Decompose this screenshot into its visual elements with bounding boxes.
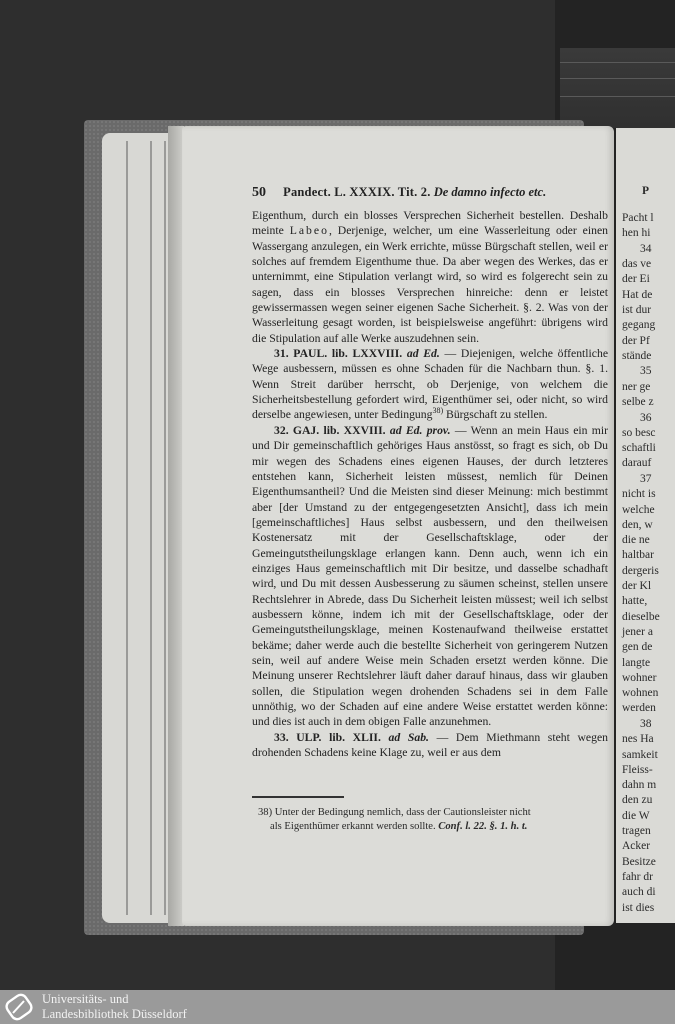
footnote-text: 38) Unter der Bedingung nemlich, dass de…	[258, 806, 608, 820]
facing-page-line: fahr dr	[622, 871, 653, 883]
facing-page-line: darauf	[622, 457, 651, 469]
section-reference: ad Ed.	[407, 347, 440, 360]
running-header: 50 Pandect. L. XXXIX. Tit. 2. De damno i…	[252, 185, 612, 201]
facing-page-line: wohnen	[622, 687, 658, 699]
facing-page-line: 36	[640, 412, 652, 424]
paragraph-continuation: Eigenthum, durch ein blosses Versprechen…	[252, 208, 608, 346]
facing-page-line: Acker	[622, 840, 650, 852]
footnote-38: 38) Unter der Bedingung nemlich, dass de…	[258, 806, 608, 834]
section-32: 32. GAJ. lib. XXVIII. ad Ed. prov. — Wen…	[252, 423, 608, 730]
facing-page-line: Hat de	[622, 289, 652, 301]
facing-page-line: der Ei	[622, 273, 650, 285]
page-body: Eigenthum, durch ein blosses Versprechen…	[252, 208, 608, 760]
facing-page-line: der Pf	[622, 335, 650, 347]
facing-page-line: 38	[640, 718, 652, 730]
facing-page-line: gen de	[622, 641, 652, 653]
facing-page-line: 34	[640, 243, 652, 255]
facing-page-line: ist dur	[622, 304, 651, 316]
facing-page-line: den zu	[622, 794, 652, 806]
facing-page-line: hatte,	[622, 595, 647, 607]
facing-page-line: haltbar	[622, 549, 654, 561]
facing-page-line: den, w	[622, 519, 653, 531]
section-33: 33. ULP. lib. XLII. ad Sab. — Dem Miethm…	[252, 730, 608, 761]
facing-page-line: Pacht l	[622, 212, 654, 224]
facing-page-line: langte	[622, 657, 650, 669]
facing-page-line: jener a	[622, 626, 653, 638]
facing-page-line: Besitze	[622, 856, 656, 868]
page-number: 50	[252, 185, 266, 200]
section-heading: 33. ULP. lib. XLII.	[274, 731, 381, 744]
facing-page-line: so besc	[622, 427, 656, 439]
facing-page-line: dahn m	[622, 779, 656, 791]
section-reference: ad Ed. prov.	[390, 424, 451, 437]
facing-page-line: samkeit	[622, 749, 658, 761]
running-title: Pandect. L. XXXIX. Tit. 2.	[283, 185, 430, 199]
facing-page-line: selbe z	[622, 396, 654, 408]
facing-page-line: das ve	[622, 258, 651, 270]
footnote-divider	[252, 796, 344, 798]
section-reference: ad Sab.	[389, 731, 429, 744]
facing-page-line: der Kl	[622, 580, 651, 592]
text: — Wenn an mein Haus ein mir und Dir geme…	[252, 424, 608, 729]
facing-page-line: gegang	[622, 319, 655, 331]
name-labeo: Labeo	[290, 224, 329, 237]
facing-page-line: schaftli	[622, 442, 656, 454]
facing-page-line: Fleiss-	[622, 764, 653, 776]
facing-page-line: dieselbe	[622, 611, 660, 623]
section-heading: 31. PAUL. lib. LXXVIII.	[274, 347, 402, 360]
facing-page-line: stände	[622, 350, 651, 362]
facing-page-line: ner ge	[622, 381, 650, 393]
facing-page-line: die ne	[622, 534, 650, 546]
facing-page-line: welche	[622, 504, 655, 516]
footnote-citation: Conf. l. 22. §. 1. h. t.	[438, 821, 527, 832]
footnote-text: als Eigenthümer erkannt werden sollte.	[270, 821, 438, 832]
facing-page-line: 37	[640, 473, 652, 485]
facing-page-line: nicht is	[622, 488, 656, 500]
running-subtitle: De damno infecto etc.	[434, 185, 546, 199]
facing-page-line: dergeris	[622, 565, 659, 577]
library-footer: Universitäts- und Landesbibliothek Düsse…	[0, 990, 675, 1024]
facing-page-line: nes Ha	[622, 733, 654, 745]
facing-page-line: die W	[622, 810, 650, 822]
facing-page-line: werden	[622, 702, 656, 714]
text: Bürgschaft zu stellen.	[443, 408, 547, 421]
library-name-line2: Landesbibliothek Düsseldorf	[42, 1007, 187, 1022]
facing-page-line: ist dies	[622, 902, 654, 914]
library-logo-icon	[4, 993, 34, 1021]
adjacent-book	[560, 48, 675, 128]
section-31: 31. PAUL. lib. LXXVIII. ad Ed. — Diejeni…	[252, 346, 608, 423]
facing-page: P Pacht lhen hi34das veder EiHat deist d…	[616, 128, 675, 923]
library-name: Universitäts- und Landesbibliothek Düsse…	[42, 992, 187, 1022]
text: , Derjenige, welcher, um eine Wasserleit…	[252, 224, 608, 344]
facing-page-line: tragen	[622, 825, 651, 837]
library-name-line1: Universitäts- und	[42, 992, 187, 1007]
footnote-marker[interactable]: 38)	[432, 407, 443, 416]
facing-page-header: P	[642, 185, 649, 197]
facing-page-line: auch di	[622, 886, 656, 898]
facing-page-line: hen hi	[622, 227, 650, 239]
section-heading: 32. GAJ. lib. XXVIII.	[274, 424, 386, 437]
facing-page-line: 35	[640, 365, 652, 377]
facing-page-line: wohner	[622, 672, 657, 684]
